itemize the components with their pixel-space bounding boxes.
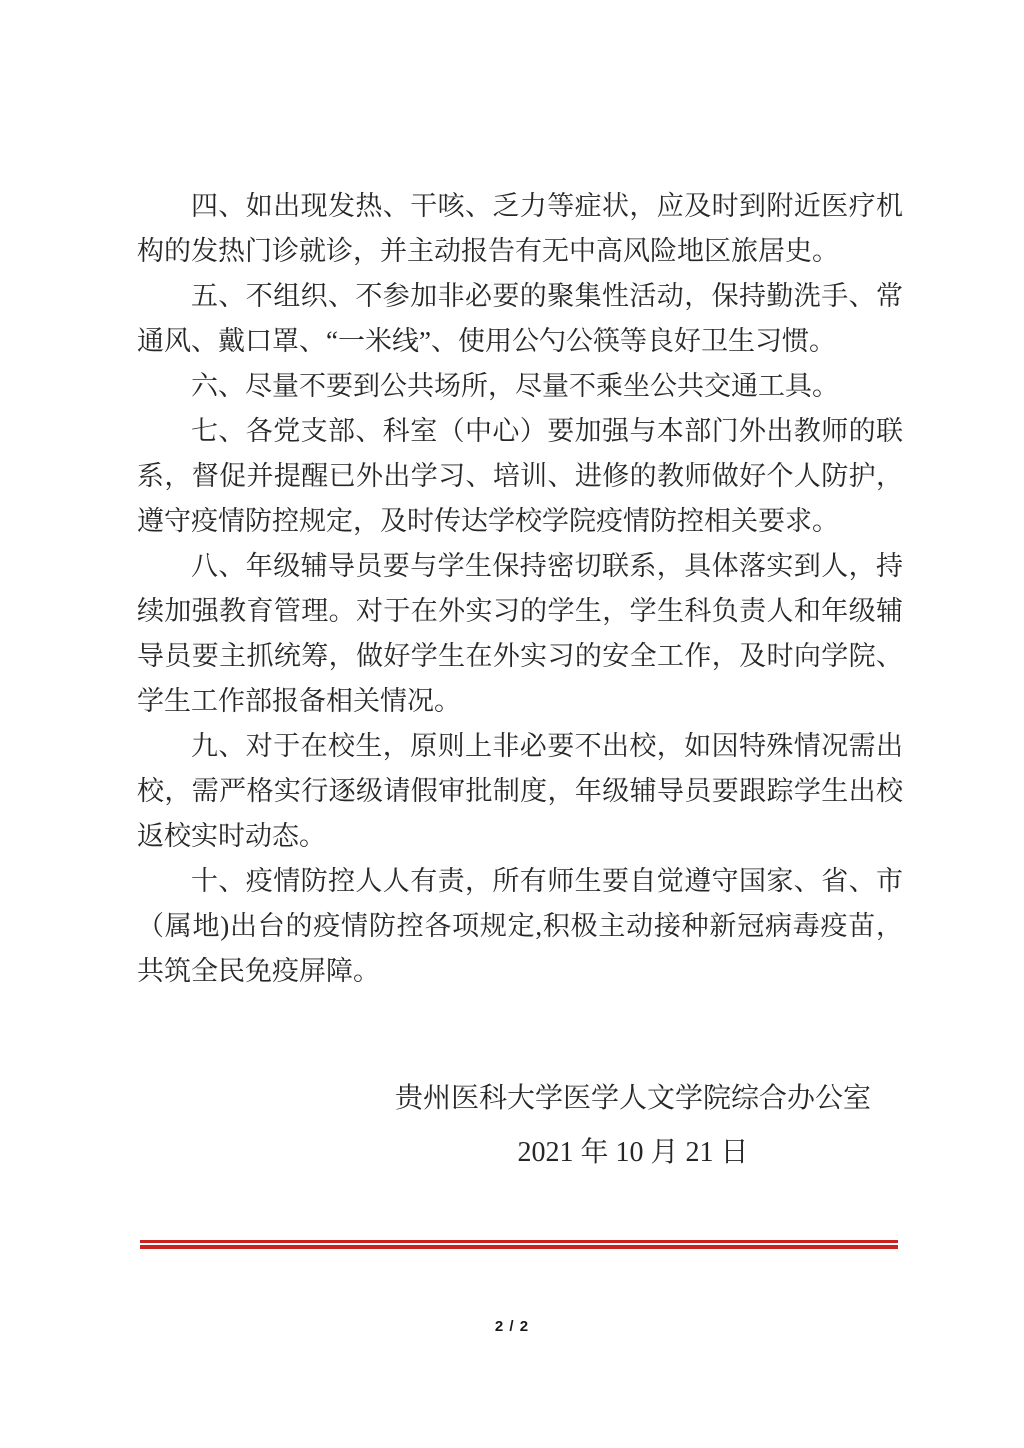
- red-rule-bottom-line: [140, 1245, 898, 1249]
- paragraph-6: 六、尽量不要到公共场所，尽量不乘坐公共交通工具。: [137, 364, 903, 409]
- paragraph-7: 七、各党支部、科室（中心）要加强与本部门外出教师的联系，督促并提醒已外出学习、培…: [137, 409, 903, 544]
- signature-block: 贵州医科大学医学人文学院综合办公室 2021 年 10 月 21 日: [395, 1072, 871, 1180]
- signature-organization: 贵州医科大学医学人文学院综合办公室: [395, 1072, 871, 1126]
- red-rule-top-line: [140, 1240, 898, 1243]
- paragraph-10: 十、疫情防控人人有责，所有师生要自觉遵守国家、省、市（属地)出台的疫情防控各项规…: [137, 859, 903, 994]
- page-number: 2 / 2: [0, 1318, 1024, 1335]
- paragraph-4: 四、如出现发热、干咳、乏力等症状，应及时到附近医疗机构的发热门诊就诊，并主动报告…: [137, 184, 903, 274]
- paragraph-9: 九、对于在校生，原则上非必要不出校，如因特殊情况需出校，需严格实行逐级请假审批制…: [137, 724, 903, 859]
- signature-date: 2021 年 10 月 21 日: [395, 1126, 871, 1180]
- paragraph-5: 五、不组织、不参加非必要的聚集性活动，保持勤洗手、常通风、戴口罩、“一米线”、使…: [137, 274, 903, 364]
- paragraph-8: 八、年级辅导员要与学生保持密切联系，具体落实到人，持续加强教育管理。对于在外实习…: [137, 544, 903, 724]
- red-double-rule: [140, 1240, 898, 1249]
- document-page: 四、如出现发热、干咳、乏力等症状，应及时到附近医疗机构的发热门诊就诊，并主动报告…: [0, 0, 1024, 1448]
- notice-body: 四、如出现发热、干咳、乏力等症状，应及时到附近医疗机构的发热门诊就诊，并主动报告…: [137, 184, 903, 994]
